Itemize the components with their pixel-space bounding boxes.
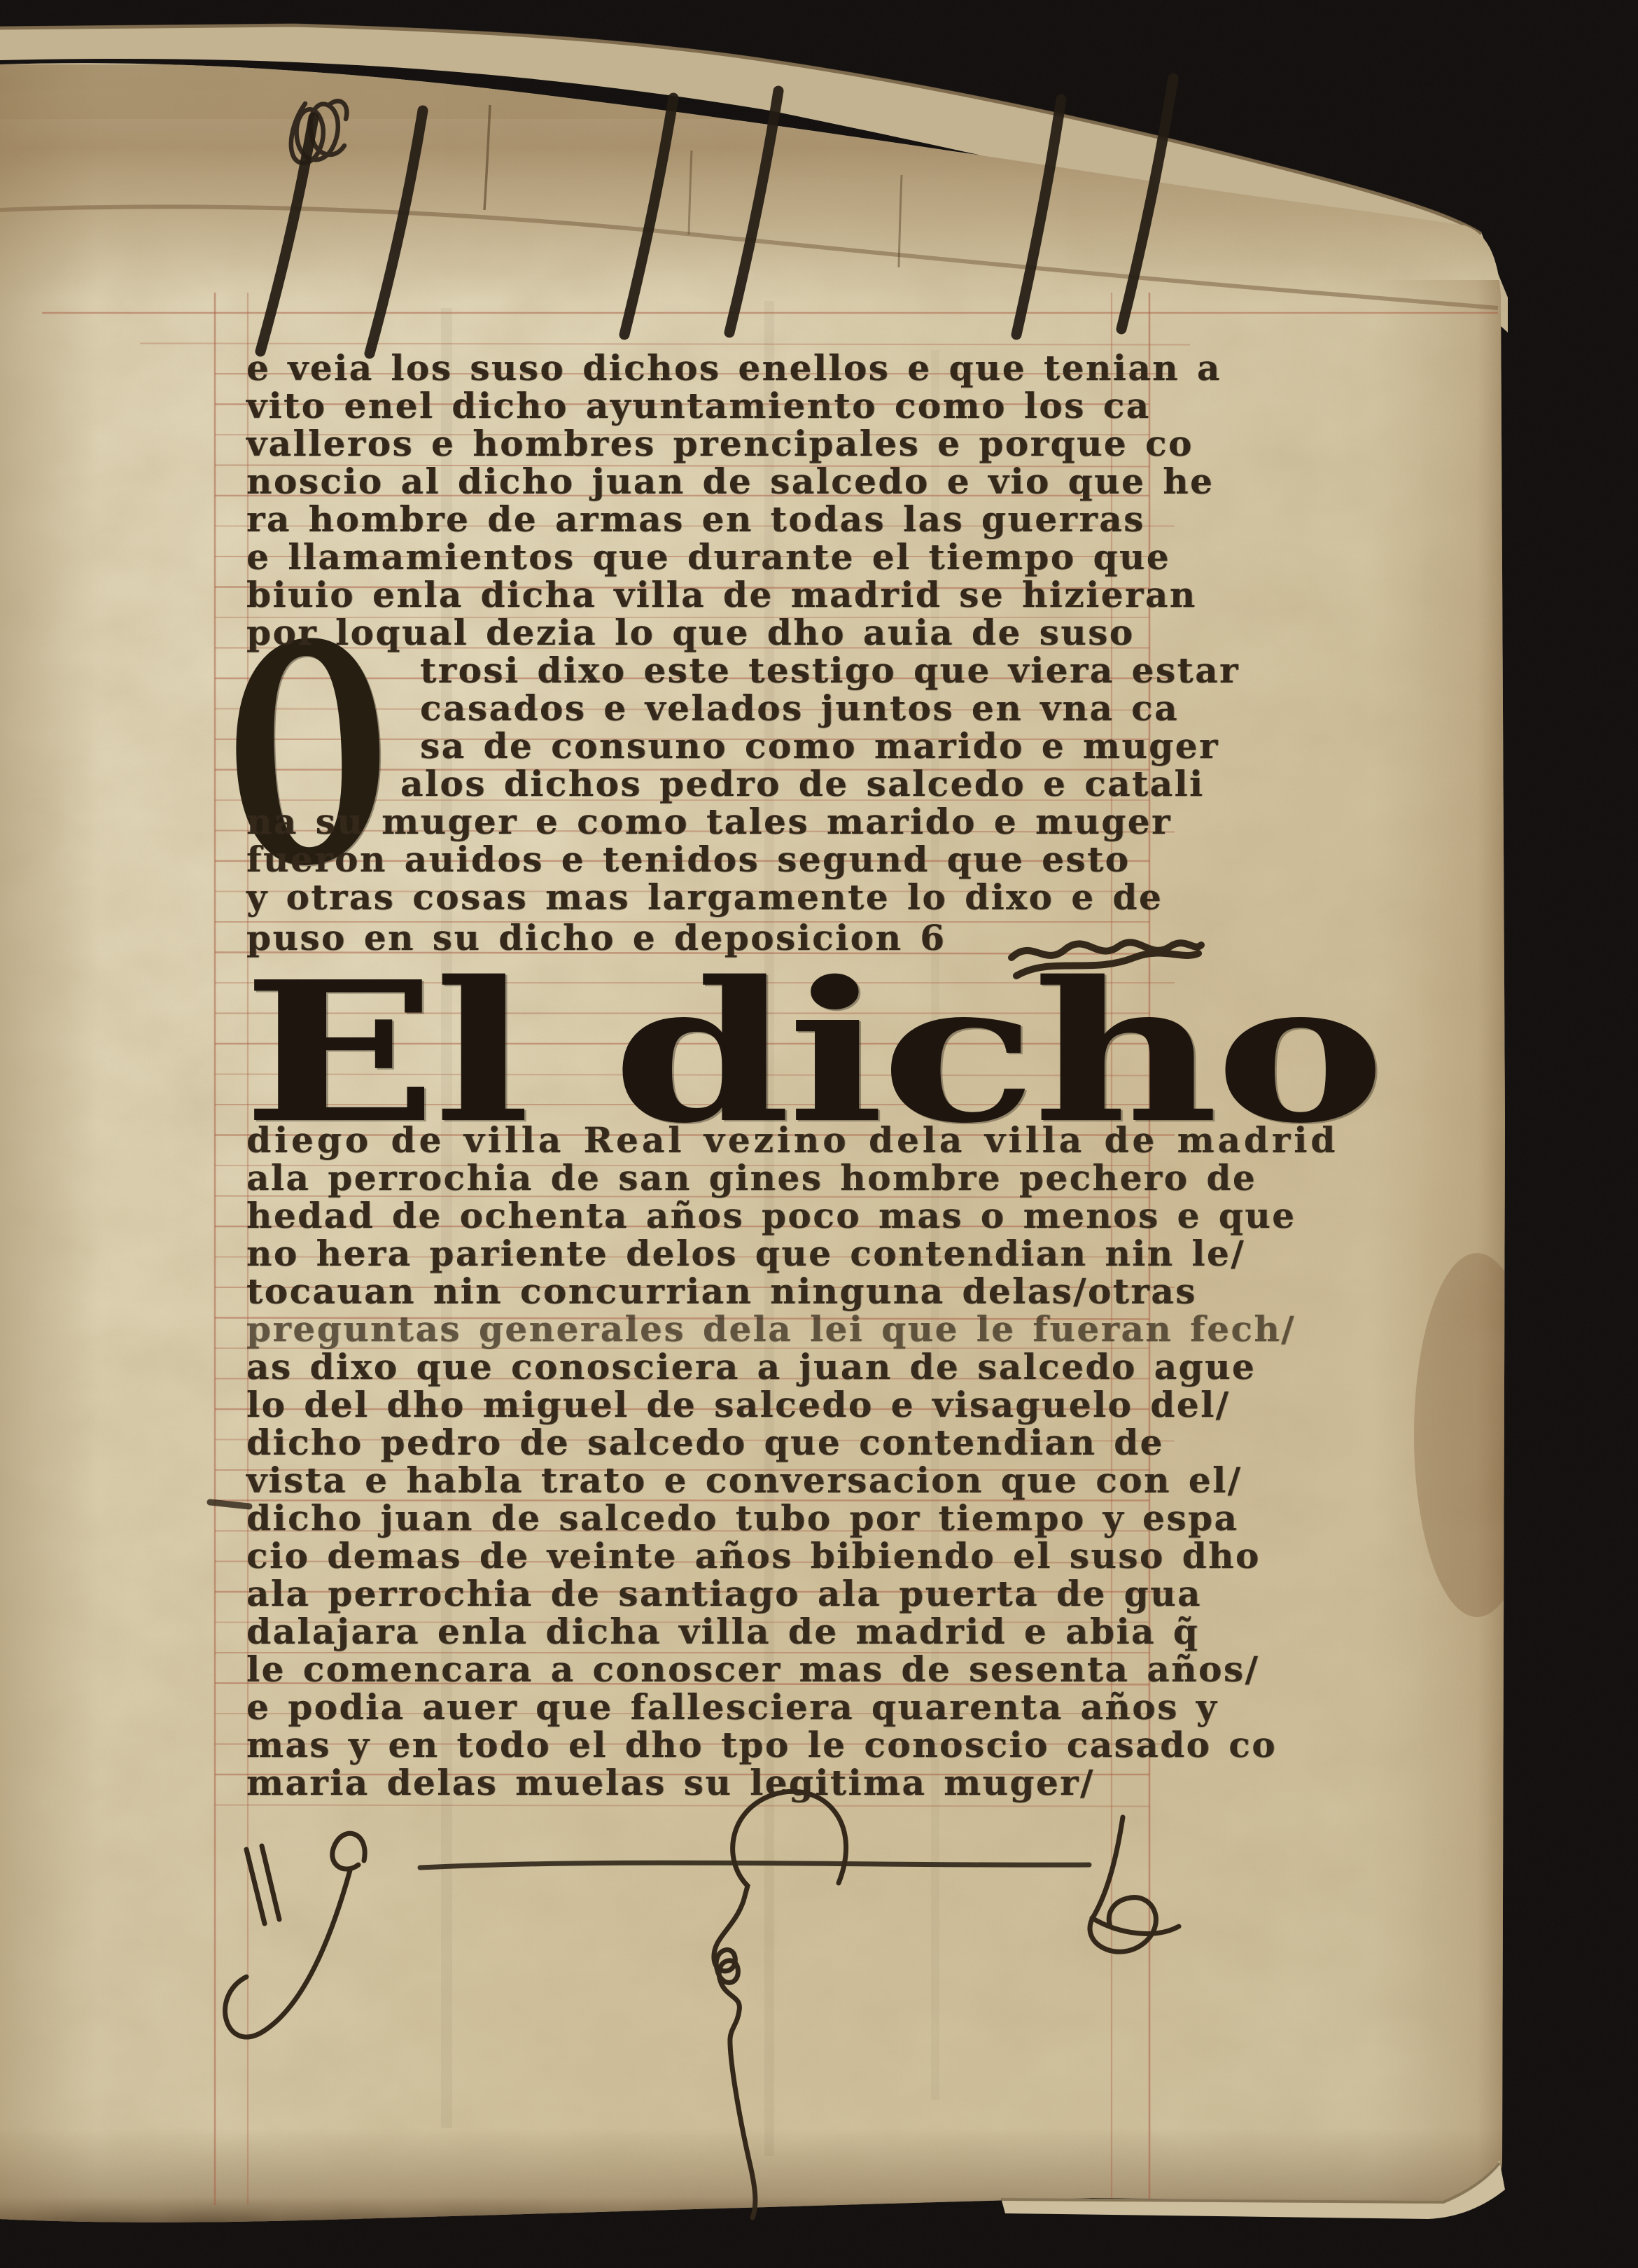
manuscript-line-a12: alos dichos pedro de salcedo e catali bbox=[400, 764, 1205, 804]
manuscript-line-b14: dalajara enla dicha villa de madrid e ab… bbox=[246, 1612, 1199, 1651]
manuscript-line-a11: sa de consuno como marido e muger bbox=[420, 727, 1219, 766]
manuscript-line-b8: lo del dho miguel de salcedo e visaguelo… bbox=[246, 1385, 1230, 1424]
manuscript-line-a13: na su muger e como tales marido e muger bbox=[246, 802, 1172, 841]
manuscript-line-a1: e veia los suso dichos enellos e que ten… bbox=[246, 349, 1221, 388]
manuscript-line-a7: biuio enla dicha villa de madrid se hizi… bbox=[246, 575, 1197, 615]
manuscript-line-b15: le comencara a conoscer mas de sesenta a… bbox=[246, 1650, 1259, 1689]
manuscript-line-b10: vista e habla trato e conversacion que c… bbox=[246, 1461, 1242, 1500]
manuscript-line-a15: y otras cosas mas largamente lo dixo e d… bbox=[246, 878, 1163, 917]
manuscript-line-b13: ala perrochia de santiago ala puerta de … bbox=[246, 1574, 1202, 1613]
manuscript-line-b2: ala perrochia de san gines hombre pecher… bbox=[246, 1158, 1256, 1198]
manuscript-line-b17: mas y en todo el dho tpo le conoscio cas… bbox=[246, 1725, 1277, 1765]
manuscript-line-b1: diego de villa Real vezino dela villa de… bbox=[246, 1121, 1338, 1160]
manuscript-line-b3: hedad de ochenta años poco mas o menos e… bbox=[246, 1196, 1296, 1235]
manuscript-line-b9: dicho pedro de salcedo que contendian de bbox=[246, 1423, 1164, 1462]
manuscript-line-a14: fueron auidos e tenidos segund que esto bbox=[246, 840, 1130, 879]
manuscript-line-b4: no hera pariente delos que contendian ni… bbox=[246, 1234, 1245, 1273]
manuscript-line-a3: valleros e hombres prencipales e porque … bbox=[246, 424, 1193, 463]
manuscript-photo: O e veia los suso dichos enellos e que t… bbox=[0, 0, 1638, 2268]
manuscript-line-a8: por loqual dezia lo que dho auia de suso bbox=[246, 613, 1135, 652]
manuscript-line-b6: preguntas generales dela lei que le fuer… bbox=[246, 1310, 1296, 1349]
manuscript-line-a4: noscio al dicho juan de salcedo e vio qu… bbox=[246, 462, 1214, 501]
manuscript-line-a2: vito enel dicho ayuntamiento como los ca bbox=[246, 386, 1151, 426]
manuscript-line-b11: dicho juan de salcedo tubo por tiempo y … bbox=[246, 1499, 1238, 1538]
manuscript-line-b18: maria delas muelas su legitima muger/ bbox=[246, 1763, 1095, 1802]
manuscript-line-b5: tocauan nin concurrian ninguna delas/otr… bbox=[246, 1272, 1197, 1311]
manuscript-line-a5: ra hombre de armas en todas las guerras bbox=[246, 500, 1145, 539]
manuscript-line-a10: casados e velados juntos en vna ca bbox=[420, 689, 1179, 728]
manuscript-line-b12: cio demas de veinte años bibiendo el sus… bbox=[246, 1536, 1261, 1576]
manuscript-line-b7: as dixo que conosciera a juan de salcedo… bbox=[246, 1347, 1256, 1387]
manuscript-line-a6: e llamamientos que durante el tiempo que bbox=[246, 538, 1170, 577]
manuscript-line-a9: trosi dixo este testigo que viera estar bbox=[420, 651, 1240, 690]
manuscript-line-b16: e podia auer que fallesciera quarenta añ… bbox=[246, 1688, 1218, 1727]
manuscript-text-layer: O e veia los suso dichos enellos e que t… bbox=[0, 0, 1638, 2268]
